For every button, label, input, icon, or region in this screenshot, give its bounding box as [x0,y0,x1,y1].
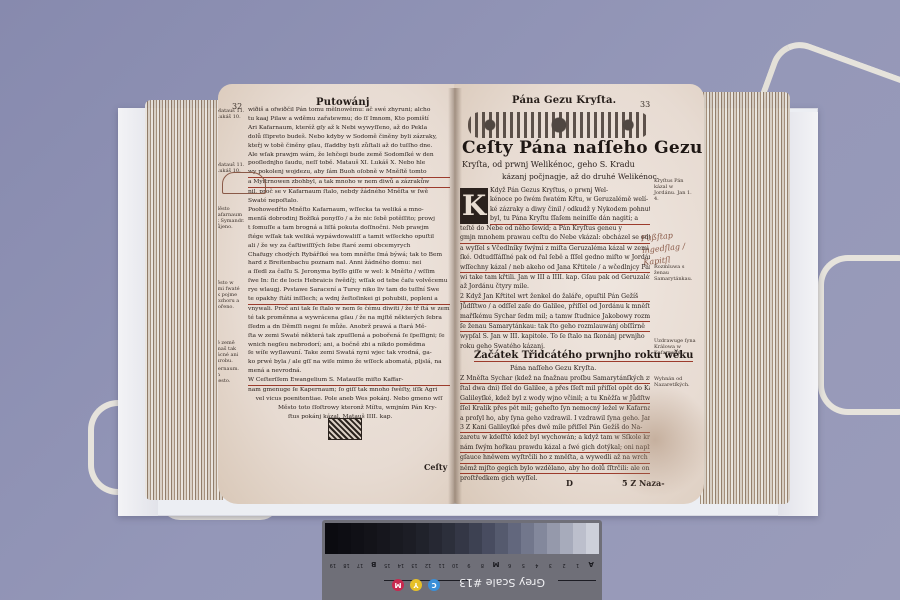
chapter-title: Ceſty Pána naſſeho Gezu [462,138,703,158]
grey-patch [377,523,390,554]
book-gutter [448,88,462,504]
margin-note: Rozmluwa s ženau Samarytánkau. [654,264,696,282]
catchword: Ceſty [424,462,447,472]
left-body-text: wiðiš a ofwiðčil Pán tomu mělnowěmu: ač … [248,106,450,422]
grey-patch [364,523,377,554]
grey-scale-patches [325,523,599,554]
grey-patch [573,523,586,554]
signature-mark: D [566,478,573,488]
grey-patch [351,523,364,554]
grey-patch-label: M [489,558,503,568]
grey-patch-label: 11 [435,558,449,568]
margin-note: Město w zemi fwaté tak pojme vrozhoru a … [218,280,244,310]
grey-patch-label: 10 [448,558,462,568]
decorated-initial: K [460,188,488,224]
grey-patch-label: 17 [353,558,367,568]
right-body-text-intro: Když Pán Gezus Kryſtus, o prwnj Wel- kén… [490,186,650,225]
margin-note: Matauš 11. Lukáš 10. [218,108,248,120]
grey-patch [495,523,508,554]
grey-patch [482,523,495,554]
grey-patch-label: 19 [326,558,340,568]
grey-scale-tick-labels: A123456M89101112131415B171819 [326,558,598,568]
grey-patch-label: B [367,558,381,568]
foxing-stain [600,380,710,500]
margin-note: Jiné země nemaš tak wzácné ani pohrobu. [218,340,242,364]
grey-patch [508,523,521,554]
grey-patch-label: 8 [476,558,490,568]
grey-patch [586,523,599,554]
page-edges-left [145,100,223,500]
folio-number: 33 [640,100,650,109]
scale-rule-right [558,580,596,581]
handdrawn-cloud-doodle [222,172,266,194]
grey-patch [403,523,416,554]
grey-patch-label: 13 [408,558,422,568]
grey-patch-label: 15 [381,558,395,568]
grey-patch-label: 4 [530,558,544,568]
right-body-text: teſtě do Nebe od něho ſewíd; a Pán Kryſt… [460,224,650,351]
chapter-subtitle: Kryſta, od prwnj Welikénoc, geho S. Krad… [462,160,635,169]
chapter-subtitle: kázanj počjnagje, až do druhé Welikénoc. [502,172,659,181]
grey-patch-label: 1 [571,558,585,568]
photo-scene: 32 Putowánj Matauš 11. Lukáš 10. Matauš … [0,0,900,600]
grey-patch-label: 9 [462,558,476,568]
grey-patch-label: 2 [557,558,571,568]
grey-scale-card: A123456M89101112131415B171819 M Y C Grey… [322,520,602,600]
grey-patch-label: 14 [394,558,408,568]
section-heading: Začátek Třidcátého prwnjho roku wěku [474,350,693,362]
cotton-tie-right [818,255,900,415]
grey-patch [521,523,534,554]
magenta-dot: M [392,579,404,591]
grey-patch-label: A [584,558,598,568]
grey-patch [338,523,351,554]
grey-patch-label: 12 [421,558,435,568]
woodcut-tailpiece [328,418,362,440]
grey-patch [469,523,482,554]
cyan-dot: C [428,579,440,591]
grey-patch [325,523,338,554]
margin-note: Kapernaum. Dům Wěžesto. [218,366,240,384]
left-page: 32 Putowánj Matauš 11. Lukáš 10. Matauš … [218,84,456,504]
grey-patch [390,523,403,554]
grey-patch [416,523,429,554]
grey-patch-label: 5 [516,558,530,568]
grey-patch [560,523,573,554]
grey-scale-label: Grey Scale #13 [442,576,562,589]
page-edges-right [700,92,790,504]
grey-patch-label: 3 [544,558,558,568]
section-subheading: Pána naſſeho Gezu Kryſta. [510,364,596,372]
grey-patch [442,523,455,554]
grey-patch [455,523,468,554]
grey-patch [547,523,560,554]
running-head: Pána Gezu Kryſta. [512,95,616,106]
grey-patch-label: 18 [340,558,354,568]
margin-note: Kryſtus Pán kázal w Jordánu. Jan 1. 4. [654,178,694,202]
grey-patch [534,523,547,554]
margin-note: Město Kafarnaum et Symandr. půjeno. [218,206,246,230]
grey-patch [429,523,442,554]
grey-patch-label: 6 [503,558,517,568]
headpiece-ornament [468,112,650,138]
yellow-dot: Y [410,579,422,591]
